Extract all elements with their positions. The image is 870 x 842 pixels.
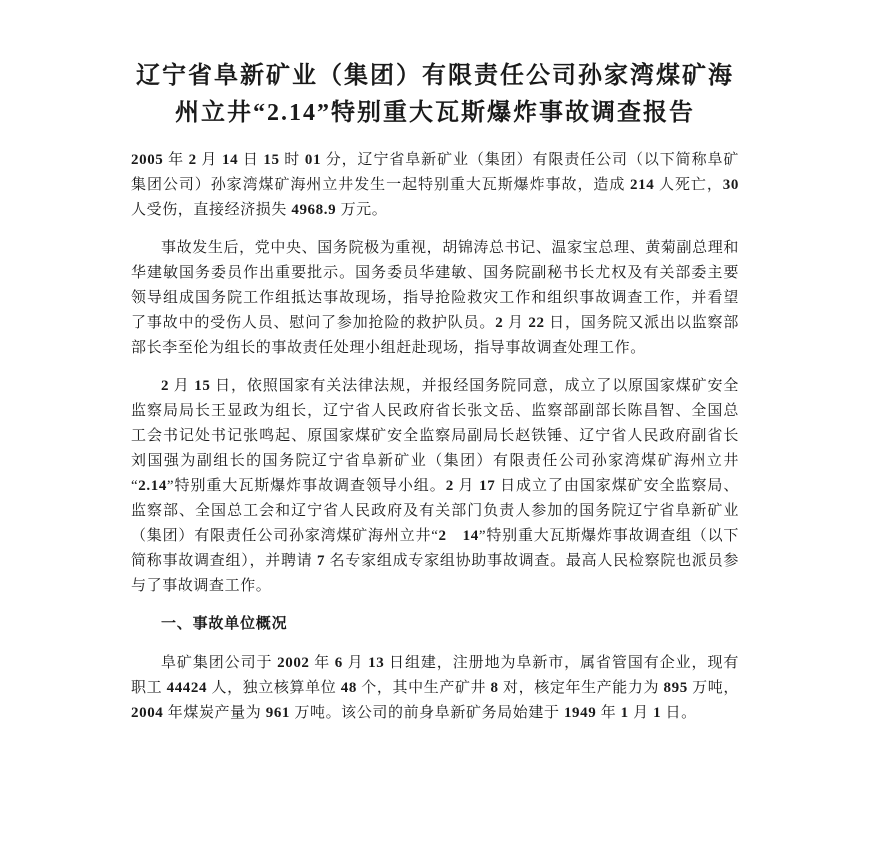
intro-paragraph-3: 2 月 15 日，依照国家有关法律法规，并报经国务院同意，成立了以原国家煤矿安全… xyxy=(131,374,739,599)
document-title: 辽宁省阜新矿业（集团）有限责任公司孙家湾煤矿海州立井“2.14”特别重大瓦斯爆炸… xyxy=(131,58,739,132)
intro-paragraph-2: 事故发生后，党中央、国务院极为重视，胡锦涛总书记、温家宝总理、黄菊副总理和华建敏… xyxy=(131,236,739,361)
section1-paragraph-1: 阜矿集团公司于 2002 年 6 月 13 日组建，注册地为阜新市，属省管国有企… xyxy=(131,651,739,726)
document-page: 辽宁省阜新矿业（集团）有限责任公司孙家湾煤矿海州立井“2.14”特别重大瓦斯爆炸… xyxy=(131,0,739,726)
intro-paragraph-1: 2005 年 2 月 14 日 15 时 01 分，辽宁省阜新矿业（集团）有限责… xyxy=(131,148,739,223)
section-heading-accident-unit-overview: 一、事故单位概况 xyxy=(131,612,739,637)
